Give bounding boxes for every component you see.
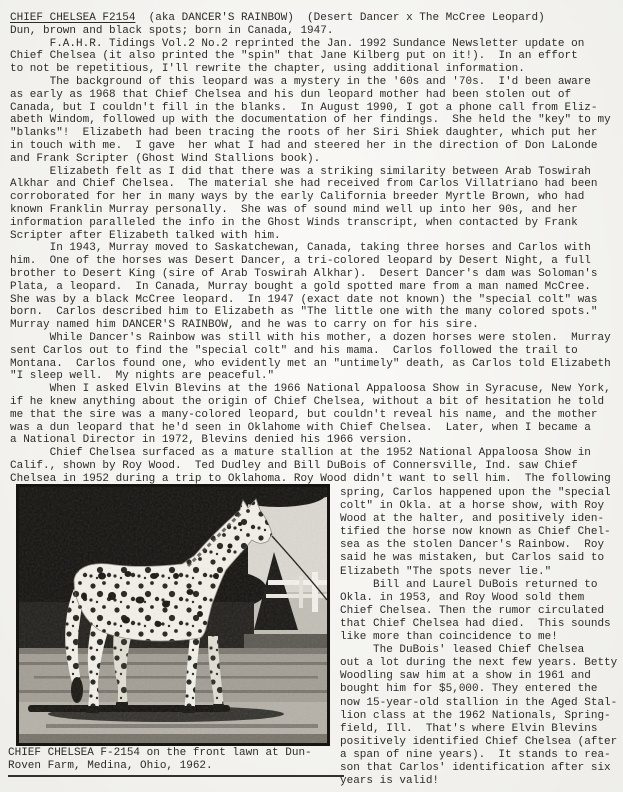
photo-caption: CHIEF CHELSEA F-2154 on the front lawn a… bbox=[8, 747, 344, 773]
horse-name-title-suffix: (aka DANCER'S RAINBOW) (Desert Dancer x … bbox=[135, 12, 544, 24]
photo-caption-block: CHIEF CHELSEA F-2154 on the front lawn a… bbox=[8, 747, 344, 777]
article-heading: CHIEF CHELSEA F2154 (aka DANCER'S RAINBO… bbox=[10, 12, 618, 25]
horse-photo-figure bbox=[16, 484, 330, 746]
article-top: CHIEF CHELSEA F2154 (aka DANCER'S RAINBO… bbox=[10, 12, 618, 485]
horse-name-title: CHIEF CHELSEA F2154 bbox=[10, 12, 135, 24]
article-body: F.A.H.R. Tidings Vol.2 No.2 reprinted th… bbox=[10, 38, 618, 486]
article-subtitle: Dun, brown and black spots; born in Cana… bbox=[10, 25, 618, 38]
article-body-continued: spring, Carlos happened upon the "specia… bbox=[340, 487, 620, 788]
document-page: CHIEF CHELSEA F2154 (aka DANCER'S RAINBO… bbox=[0, 0, 623, 792]
horse-photo-image bbox=[16, 484, 330, 746]
article-body-continued-block: spring, Carlos happened upon the "specia… bbox=[340, 487, 620, 788]
